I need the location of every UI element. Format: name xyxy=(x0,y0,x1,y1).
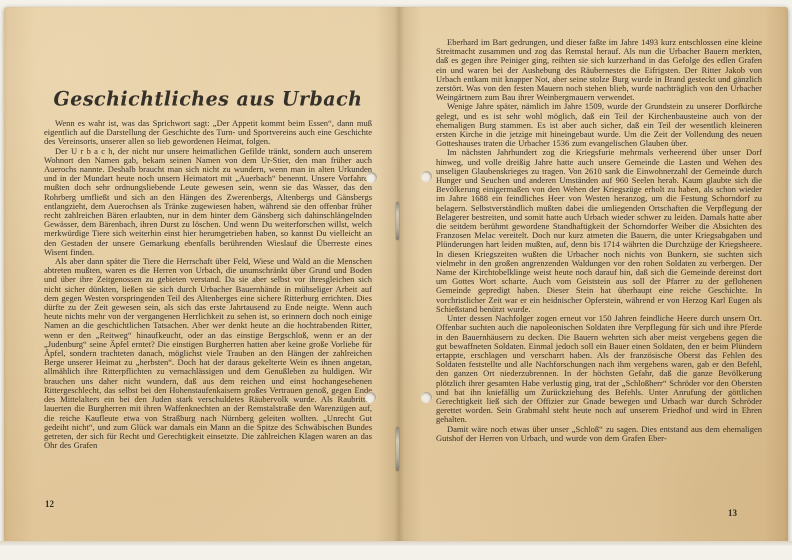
page-left-text: Wenn es wahr ist, was das Sprichwort sag… xyxy=(44,119,372,450)
body-paragraph: Als aber dann später die Tiere die Herrs… xyxy=(44,257,372,450)
body-paragraph: Der U r b a c h, der nicht nur unsere he… xyxy=(44,147,372,257)
page-right-text: Eberhard im Bart gedrungen, und dieser f… xyxy=(436,38,762,443)
chapter-heading: Geschichtliches aus Urbach xyxy=(44,87,372,110)
punch-hole-icon xyxy=(365,392,376,403)
punch-hole-icon xyxy=(421,392,432,403)
page-gutter xyxy=(376,7,422,545)
punch-hole-icon xyxy=(366,172,377,183)
body-paragraph: Wenn es wahr ist, was das Sprichwort sag… xyxy=(44,119,372,147)
page-number-right: 13 xyxy=(728,508,737,518)
body-paragraph: Damit wäre noch etwas über unser „Schloß… xyxy=(436,425,762,443)
body-paragraph: Eberhard im Bart gedrungen, und dieser f… xyxy=(436,38,762,102)
staple-icon xyxy=(396,427,399,471)
body-paragraph: Im nächsten Jahrhundert zog die Kriegsfu… xyxy=(436,148,762,314)
body-paragraph: Unter dessen Nachfolger zogen erneut vor… xyxy=(436,314,762,424)
page-right: Eberhard im Bart gedrungen, und dieser f… xyxy=(436,38,762,443)
staple-icon xyxy=(396,202,399,240)
page-left: Geschichtliches aus Urbach Wenn es wahr … xyxy=(44,88,372,450)
punch-hole-icon xyxy=(421,171,432,182)
body-paragraph: Wenige Jahre später, nämlich im Jahre 15… xyxy=(436,102,762,148)
scanned-book-spread: Geschichtliches aus Urbach Wenn es wahr … xyxy=(0,0,792,560)
paper-bottom-edge xyxy=(0,541,792,560)
page-number-left: 12 xyxy=(45,499,54,509)
